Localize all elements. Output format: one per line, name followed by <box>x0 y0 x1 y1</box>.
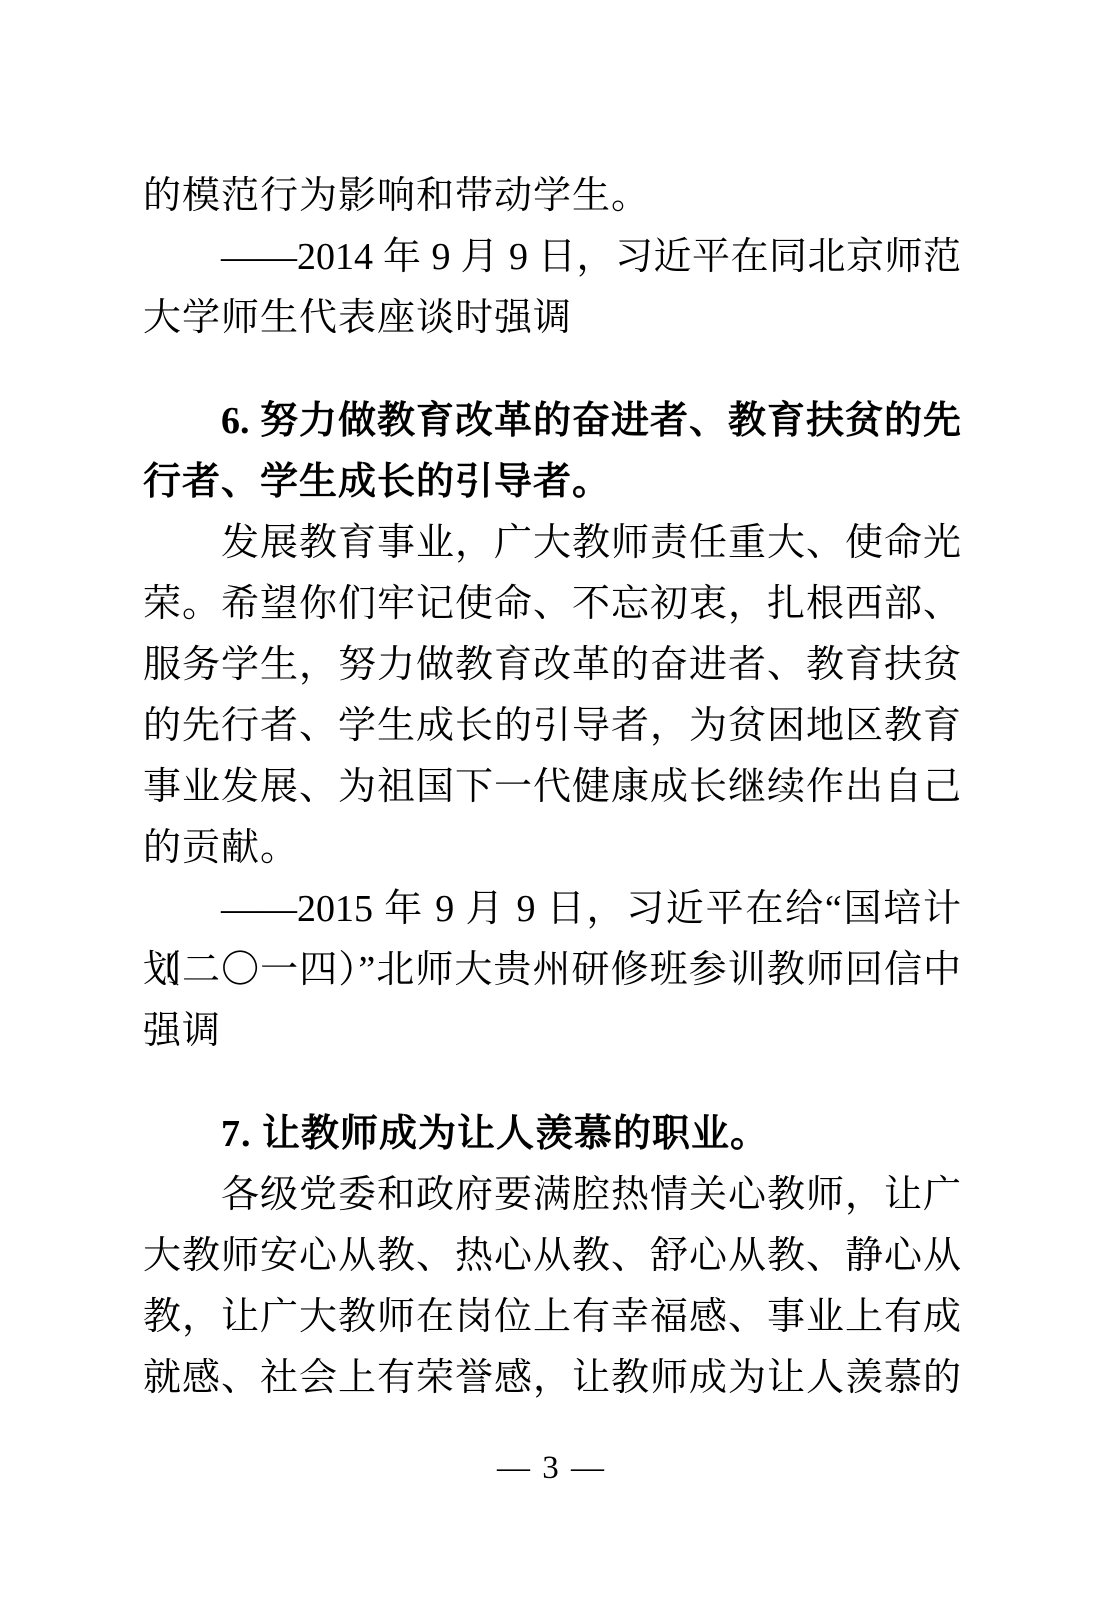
heading-item-7: 7. 让教师成为让人羡慕的职业。 <box>143 1104 961 1165</box>
text-line: 行者、学生成长的引导者。 <box>143 452 961 513</box>
heading-item-6: 6. 努力做教育改革的奋进者、教育扶贫的先行者、学生成长的引导者。 <box>143 391 961 513</box>
text-line: 大学师生代表座谈时强调 <box>143 288 961 349</box>
text-line: 荣。希望你们牢记使命、不忘初衷，扎根西部、 <box>143 574 961 635</box>
paragraph-item-7: 各级党委和政府要满腔热情关心教师，让广大教师安心从教、热心从教、舒心从教、静心从… <box>143 1165 961 1409</box>
text-line: 事业发展、为祖国下一代健康成长继续作出自己 <box>143 757 961 818</box>
text-line: 的模范行为影响和带动学生。 <box>143 166 961 227</box>
page-number: — 3 — <box>0 1448 1103 1488</box>
text-line: （二〇一四）”北师大贵州研修班参训教师回信中 <box>143 940 961 1001</box>
text-line: ——2014 年 9 月 9 日，习近平在同北京师范 <box>143 227 961 288</box>
text-line: 教，让广大教师在岗位上有幸福感、事业上有成 <box>143 1287 961 1348</box>
text-line: 强调 <box>143 1001 961 1062</box>
text-line: 服务学生，努力做教育改革的奋进者、教育扶贫 <box>143 635 961 696</box>
text-line: ——2015 年 9 月 9 日，习近平在给“国培计划 <box>143 879 961 940</box>
text-line: 就感、社会上有荣誉感，让教师成为让人羡慕的 <box>143 1348 961 1409</box>
document-content: 的模范行为影响和带动学生。——2014 年 9 月 9 日，习近平在同北京师范大… <box>143 166 961 1409</box>
paragraph-item-6: 发展教育事业，广大教师责任重大、使命光荣。希望你们牢记使命、不忘初衷，扎根西部、… <box>143 513 961 879</box>
text-line: 的先行者、学生成长的引导者，为贫困地区教育 <box>143 696 961 757</box>
text-line: 各级党委和政府要满腔热情关心教师，让广 <box>143 1165 961 1226</box>
document-page: 的模范行为影响和带动学生。——2014 年 9 月 9 日，习近平在同北京师范大… <box>0 0 1103 1599</box>
text-line: 6. 努力做教育改革的奋进者、教育扶贫的先 <box>143 391 961 452</box>
citation-2015: ——2015 年 9 月 9 日，习近平在给“国培计划（二〇一四）”北师大贵州研… <box>143 879 961 1062</box>
text-line: 7. 让教师成为让人羡慕的职业。 <box>143 1104 961 1165</box>
text-line: 发展教育事业，广大教师责任重大、使命光 <box>143 513 961 574</box>
paragraph-continuation-and-citation-2014: 的模范行为影响和带动学生。——2014 年 9 月 9 日，习近平在同北京师范大… <box>143 166 961 349</box>
text-line: 大教师安心从教、热心从教、舒心从教、静心从 <box>143 1226 961 1287</box>
text-line: 的贡献。 <box>143 818 961 879</box>
